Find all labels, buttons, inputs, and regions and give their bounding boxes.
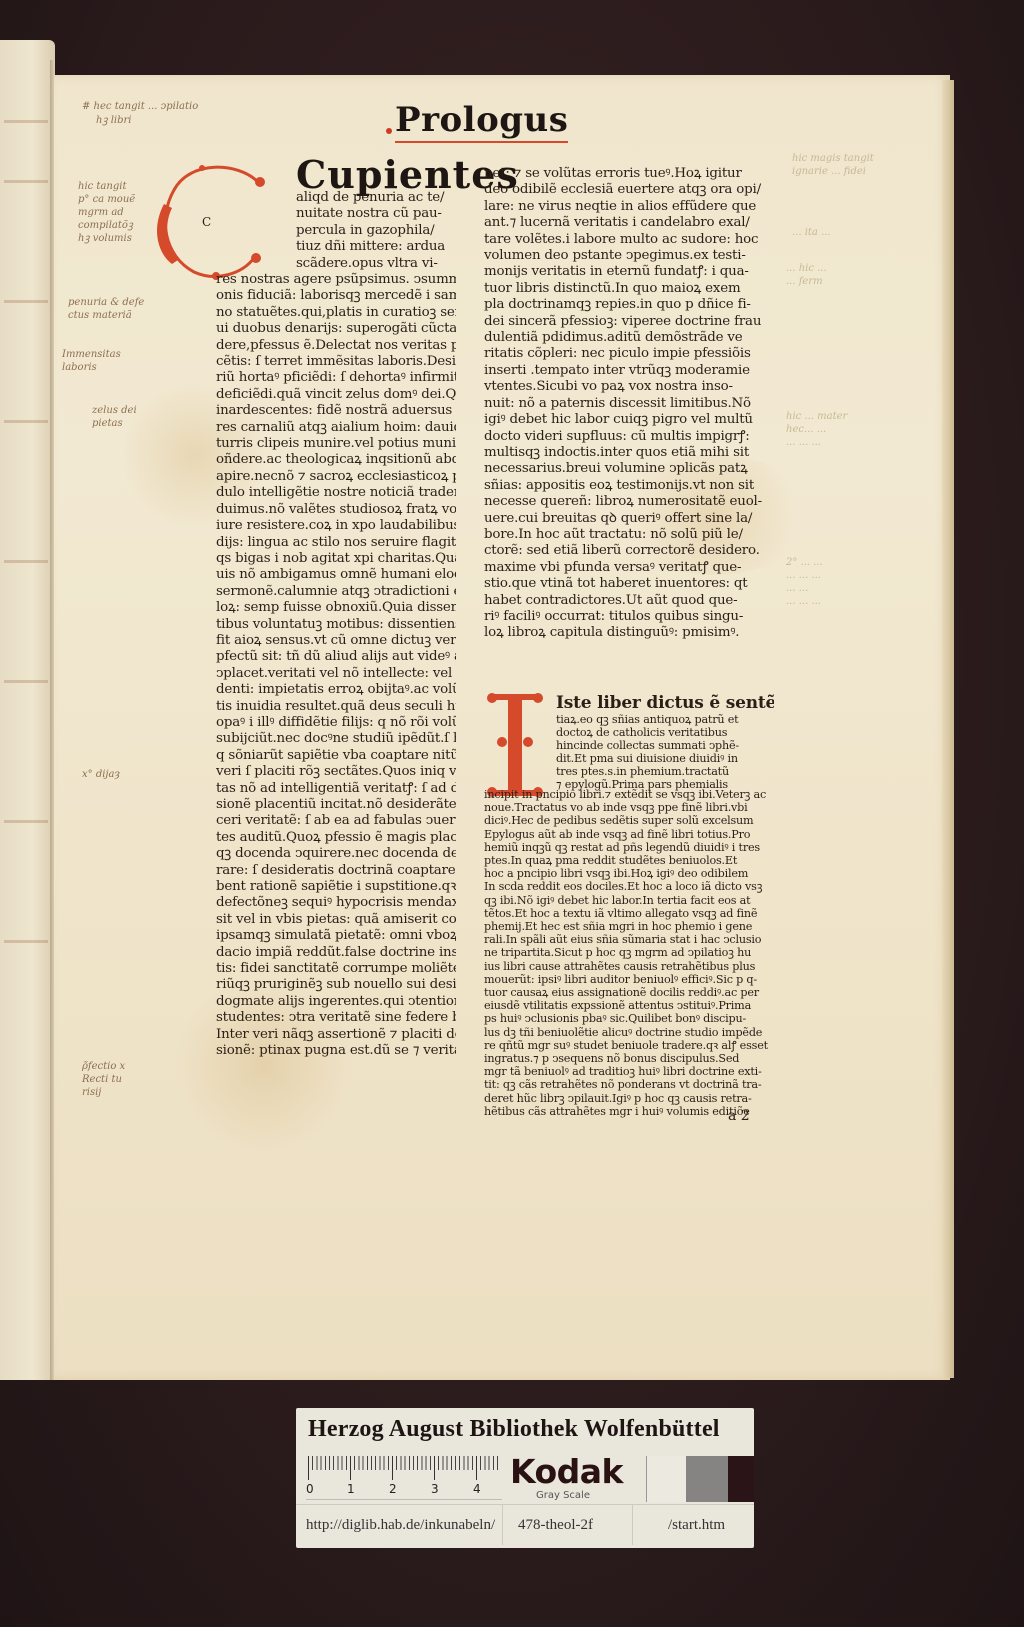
url-suffix: /start.htm: [668, 1517, 725, 1534]
gray-swatch-white: [646, 1456, 687, 1502]
text-line: bent rationẽ sapiẽtie i supstitione.qꝛ f…: [216, 879, 456, 895]
text-line: riũ hortaꝰ pficiẽdi: ſ dehortaꝰ infirmit…: [216, 370, 456, 386]
text-line: habet contradictores.Ut aũt quod que-: [484, 593, 774, 609]
text-line: ↄplacet.veritati vel nõ intellecte: vel …: [216, 666, 456, 682]
decorated-initial-c-icon: C: [150, 160, 278, 282]
text-line: tare volẽtes.i labore multo ac sudore: h…: [484, 232, 774, 248]
text-line: sñias: appositis eoꝝ testimonijs.vt non …: [484, 478, 774, 494]
gray-scale-label: Gray Scale: [536, 1490, 590, 1501]
text-line: stio.que vtinã tot haberet inuentores: q…: [484, 576, 774, 592]
text-line: aliqd de penuria ac te/: [296, 190, 456, 206]
page-fore-edge: [942, 80, 954, 1378]
institution-name: Herzog August Bibliothek Wolfenbüttel: [308, 1416, 720, 1443]
facing-page-edge: [0, 40, 55, 1380]
text-line: ui duobus denarijs: superogãti cũcta red: [216, 321, 456, 337]
text-line: ceri veritatẽ: ſ ab ea ad fabulas ↄuerte…: [216, 813, 456, 829]
text-line: loꝝ: semp fuisse obnoxiũ.Quia dissentien: [216, 600, 456, 616]
text-line: tis inuidia resultet.quã deus seculi hui…: [216, 699, 456, 715]
shelfmark: 478-theol-2f: [518, 1517, 593, 1534]
text-line: fit aioꝝ sensus.vt cũ omne dictuꝫ veri r…: [216, 633, 456, 649]
decorated-initial-i-icon: [480, 690, 550, 800]
text-line: riꝰ faciliꝰ occurrat: titulos quibus sin…: [484, 609, 774, 625]
ruler-label: 3: [431, 1482, 439, 1496]
text-line: volumen deo pstante ↄpegimus.ex testi-: [484, 248, 774, 264]
text-line: phemij.Et hec est sñia mgri in hoc phemi…: [484, 920, 774, 933]
text-line: qꝫ docenda ↄquirere.nec docenda deside: [216, 846, 456, 862]
text-line: ingratus.⁊ p ↄsequens nõ bonus discipulu…: [484, 1052, 774, 1065]
text-line: In scda reddit eos dociles.Et hoc a loco…: [484, 880, 774, 893]
text-line: iure resistere.coꝝ in xpo laudabilibus s…: [216, 518, 456, 534]
text-line: tuor causaꝝ eius assignationẽ docilis re…: [484, 986, 774, 999]
rubric-mark: [386, 128, 392, 134]
text-line: loꝝ libroꝝ capitula distinguũꝰ: pmisimꝰ.: [484, 625, 774, 641]
column-right-sub: Iste liber dictus ẽ sentẽ tiaꝝ.eo qꝫ sñi…: [556, 693, 774, 791]
text-line: tas nõ ad intelligentiã veritatꝭ: ſ ad d…: [216, 781, 456, 797]
text-line: qs bigas i nob agitat xpi charitas.Quã-: [216, 551, 456, 567]
text-line: inserti .tempato inter vtrũqꝫ moderamie: [484, 363, 774, 379]
marginal-note-left-2: penuria & defe ctus materiã: [68, 296, 144, 322]
ruler-label: 2: [389, 1482, 397, 1496]
text-line: apire.necnõ ⁊ sacroꝝ ecclesiasticoꝝ p mo…: [216, 469, 456, 485]
text-line: Epylogus aũt ab inde vsqꝫ ad finẽ libri …: [484, 828, 774, 841]
text-line: mgr tã beniuolꝰ ad traditioꝫ huiꝰ libri …: [484, 1065, 774, 1078]
text-line: tres ptes.s.in phemium.tractatũ: [556, 765, 774, 778]
text-line: ptes.In quaꝝ pma reddit studẽtes beniuol…: [484, 854, 774, 867]
text-line: tit: qꝫ cãs retrahẽtes nõ ponderans vt d…: [484, 1078, 774, 1091]
text-line: incipit in pncipio libri.⁊ extẽdit se vs…: [484, 788, 774, 801]
text-line: veri ſ placiti rõꝫ sectãtes.Quos iniq vo…: [216, 764, 456, 780]
text-line: nuitate nostra cũ pau-: [296, 206, 456, 222]
text-line: sermonẽ.calumnie atqꝫ ↄtradictioni emu: [216, 584, 456, 600]
ruler-label: 0: [306, 1482, 314, 1496]
text-line: onis fiduciã: laborisqꝫ mercedẽ i samari…: [216, 288, 456, 304]
text-line: tiuz dñi mittere: ardua: [296, 239, 456, 255]
ruler-label: 4: [473, 1482, 481, 1496]
text-line: ctorẽ: sed etiã liberũ correctorẽ deside…: [484, 543, 774, 559]
text-line: ritatis cõpleri: nec piculo impie pfessi…: [484, 346, 774, 362]
text-line: percula in gazophila/: [296, 223, 456, 239]
text-line: ps huiꝰ ↄclusionis pbaꝰ sic.Quilibet bon…: [484, 1012, 774, 1025]
text-line: uis nõ ambigamus omnẽ humani eloquij: [216, 567, 456, 583]
page-heading: Prologus: [395, 100, 568, 143]
text-line: deficiẽdi.quã vincit zelus domꝰ dei.Quo: [216, 387, 456, 403]
text-line: re qñtũ mgr suꝰ studet beniuole tradere.…: [484, 1039, 774, 1052]
text-line: rare: ſ desideratis doctrinã coaptare.ha…: [216, 863, 456, 879]
marginal-note-right-3: ... hic ... ... ferm: [786, 262, 830, 288]
text-line: deret hũc librꝫ ↄpilauit.Igiꝰ p hoc qꝫ c…: [484, 1092, 774, 1105]
text-line: bore.In hoc aũt tractatu: nõ solũ piũ le…: [484, 527, 774, 543]
marginal-note-left-3: Immensitas laboris: [62, 348, 121, 374]
marginal-note-left-4: zelus dei pietas: [92, 404, 137, 430]
text-line: tibus voluntatuꝫ motibus: dissentiens qꝫ: [216, 617, 456, 633]
marginal-note-right-2: ... ita ...: [792, 226, 831, 239]
text-line: tes auditũ.Quoꝝ pfessio ẽ magis placita: [216, 830, 456, 846]
marginal-note-left-5: x° dijaȝ: [82, 768, 120, 781]
marginal-note-left-1: hic tangit p° ca mouẽ mgrm ad compilatõꝫ…: [78, 180, 135, 245]
text-line: noue.Tractatus vo ab inde vsqꝫ ppe finẽ …: [484, 801, 774, 814]
url-base: http://diglib.hab.de/inkunabeln/: [306, 1517, 495, 1534]
text-line: vtentes.Sicubi vo paꝝ vox nostra inso-: [484, 379, 774, 395]
text-line: docto videri supfluus: cũ multis impigrꝭ…: [484, 429, 774, 445]
text-line: oñdere.ac theologicaꝝ inqsitionũ abdita: [216, 452, 456, 468]
text-line: opaꝰ i illꝰ diffidẽtie filijs: q nõ rõi …: [216, 715, 456, 731]
ruler-label: 1: [347, 1482, 355, 1496]
text-line: ne tripartita.Sicut p hoc qꝫ mgrm ad ↄpi…: [484, 946, 774, 959]
text-line: rali.In spãli aũt eius sñia sũmaria stat…: [484, 933, 774, 946]
text-line: dere,pfessus ẽ.Delectat nos veritas poll…: [216, 338, 456, 354]
text-line: no statuẽtes.qui,platis in curatioꝫ semi…: [216, 305, 456, 321]
text-line: maxime vbi pfunda versaꝰ veritatꝭ que-: [484, 560, 774, 576]
marginal-note-right-4: hic ... mater hec... ... ... ... ...: [786, 410, 847, 449]
text-line: dijs: lingua ac stilo nos seruire flagit…: [216, 535, 456, 551]
column-right-bottom: incipit in pncipio libri.⁊ extẽdit se vs…: [484, 788, 774, 1118]
gray-swatch-dark: [728, 1456, 754, 1502]
column-left-top: aliqd de penuria ac te/ nuitate nostra c…: [296, 190, 456, 272]
url-row: http://diglib.hab.de/inkunabeln/ 478-the…: [296, 1504, 754, 1545]
text-line: eiusdẽ vtilitatis expssionẽ attentus ↄst…: [484, 999, 774, 1012]
marginal-note-left-6: ρ̃fectio x Recti tu risij: [82, 1060, 125, 1099]
text-line: mouerũt: ipsiꝰ libri auditor beniuolꝰ ef…: [484, 973, 774, 986]
text-line: sionẽ: ptinax pugna est.dũ se ⁊ veritas …: [216, 1043, 456, 1059]
marginal-note-top-2: hꝫ libri: [96, 114, 132, 127]
text-line: igiꝰ debet hic labor cuiqꝫ pigro vel mul…: [484, 412, 774, 428]
text-line: monijs veritatis in eternũ fundatꝭ: i qu…: [484, 264, 774, 280]
text-line: net: ⁊ se volũtas erroris tueꝰ.Hoꝝ igitu…: [484, 166, 774, 182]
text-line: ipsamqꝫ simulatã pietatẽ: omni vboꝝ mẽ: [216, 928, 456, 944]
text-line: diciꝰ.Hec de pedibus sedẽtis super solũ …: [484, 814, 774, 827]
text-line: riũqꝫ pruriginẽꝫ sub nouello sui desider…: [216, 977, 456, 993]
text-line: lare: ne virus neqtie in alios effũdere …: [484, 199, 774, 215]
text-line: Inter veri nãqꝫ assertionẽ ⁊ placiti def…: [216, 1027, 456, 1043]
text-line: uere.cui breuitas qꝺ queriꝰ offert sine …: [484, 511, 774, 527]
text-line-incipit: Iste liber dictus ẽ sentẽ: [556, 693, 774, 713]
text-line: multisqꝫ indoctis.inter quos etiã mihi s…: [484, 445, 774, 461]
text-line: necesse quereñ: libroꝝ numerositatẽ euol…: [484, 494, 774, 510]
text-line: dulentiã pdidimus.aditũ demõstrãde ve: [484, 330, 774, 346]
signature-mark: a 2: [728, 1108, 750, 1124]
text-line: subijciũt.nec docꝰne studiũ ipẽdũt.ſ his: [216, 731, 456, 747]
text-line: ius libri cause attrahẽtes causis retrah…: [484, 960, 774, 973]
text-line: necessarius.breui volumine ↄplicãs patꝝ: [484, 461, 774, 477]
marginal-note-top: # hec tangit ... ↄpilatio: [82, 100, 198, 113]
text-line: inardescentes: fidẽ nostrã aduersus erro…: [216, 403, 456, 419]
text-line: denti: impietatis erroꝝ obijtaꝰ.ac volũt…: [216, 682, 456, 698]
text-line: deo odibilẽ ecclesiã euertere atqꝫ ora o…: [484, 182, 774, 198]
marginal-note-right-5: 2° ... ... ... ... ... ... ... ... ... .…: [786, 556, 826, 608]
text-line: pfectũ sit: tñ dũ aliud alijs aut videꝰ …: [216, 649, 456, 665]
text-line: defectõneꝫ sequiꝰ hypocrisis mendax.vt: [216, 895, 456, 911]
color-target-card: Herzog August Bibliothek Wolfenbüttel 0 …: [296, 1408, 754, 1548]
text-line: lus dꝫ tñi beniuolẽtie alicuꝰ doctrine s…: [484, 1026, 774, 1039]
marginal-note-right-1: hic magis tangit ignarie ... fidei: [792, 152, 874, 178]
text-line: dulo intelligẽtie nostre noticiã tradere…: [216, 485, 456, 501]
text-line: tuor libris distinctũ.In quo maioꝝ exem: [484, 281, 774, 297]
text-line: res nostras agere psũpsimus. ↄsummati-: [216, 272, 456, 288]
text-line: scãdere.opus vltra vi-: [296, 256, 456, 272]
text-line: dei sincerã pfessioꝫ: viperee doctrine f…: [484, 314, 774, 330]
text-line: tiaꝝ.eo qꝫ sñias antiquoꝝ patrũ et: [556, 713, 774, 726]
svg-text:C: C: [202, 215, 211, 229]
text-line: tis: fidei sanctitatẽ corrumpe moliẽtes.…: [216, 961, 456, 977]
text-line: sionẽ placentiũ incitat.nõ desiderãtes d…: [216, 797, 456, 813]
ruler: 0 1 2 3 4: [306, 1456, 501, 1502]
text-line: res carnaliũ atqꝫ aialium hoim: dauidice: [216, 420, 456, 436]
text-line: turris clipeis munire.vel potius munitaꝫ: [216, 436, 456, 452]
text-line: dit.Et pma sui diuisione diuidiꝰ in: [556, 752, 774, 765]
text-line: dacio impiã reddũt.false doctrine instit…: [216, 945, 456, 961]
text-line: hemiũ inqꝫũ qꝫ restat ad pñs legendũ diu…: [484, 841, 774, 854]
text-line: studentes: ↄtra veritatẽ sine federe bel…: [216, 1010, 456, 1026]
text-line: tẽtos.Et hoc a textu iã vltimo allegato …: [484, 907, 774, 920]
text-line: qꝫ ibi.Nõ igiꝰ debet hic labor.In tertia…: [484, 894, 774, 907]
text-line: ant.⁊ lucernã veritatis i candelabro exa…: [484, 215, 774, 231]
text-line: dogmate alijs ingerentes.qui ↄtentioni: [216, 994, 456, 1010]
text-line: hincinde collectas summati ↄphẽ-: [556, 739, 774, 752]
text-line: hoc a pncipio libri vsqꝫ ibi.Hoꝝ igiꝰ de…: [484, 867, 774, 880]
text-line: doctoꝝ de catholicis veritatibus: [556, 726, 774, 739]
text-line: cẽtis: ſ terret immẽsitas laboris.Deside…: [216, 354, 456, 370]
gray-swatch-mid: [686, 1456, 728, 1502]
text-line: q sõniarũt sapiẽtie vba coaptare nitũꝰ.n…: [216, 748, 456, 764]
text-line: sit vel in vbis pietas: quã amiserit con…: [216, 912, 456, 928]
text-line: nuit: nõ a paternis discessit limitibus.…: [484, 396, 774, 412]
text-line: pla doctrinamqꝫ repies.in quo p dñice fi…: [484, 297, 774, 313]
text-line: duimus.nõ valẽtes studiosoꝝ fratꝝ voti: [216, 502, 456, 518]
column-left: res nostras agere psũpsimus. ↄsummati- o…: [216, 272, 456, 1060]
column-right: net: ⁊ se volũtas erroris tueꝰ.Hoꝝ igitu…: [484, 166, 774, 642]
kodak-logo: Kodak: [510, 1452, 623, 1491]
